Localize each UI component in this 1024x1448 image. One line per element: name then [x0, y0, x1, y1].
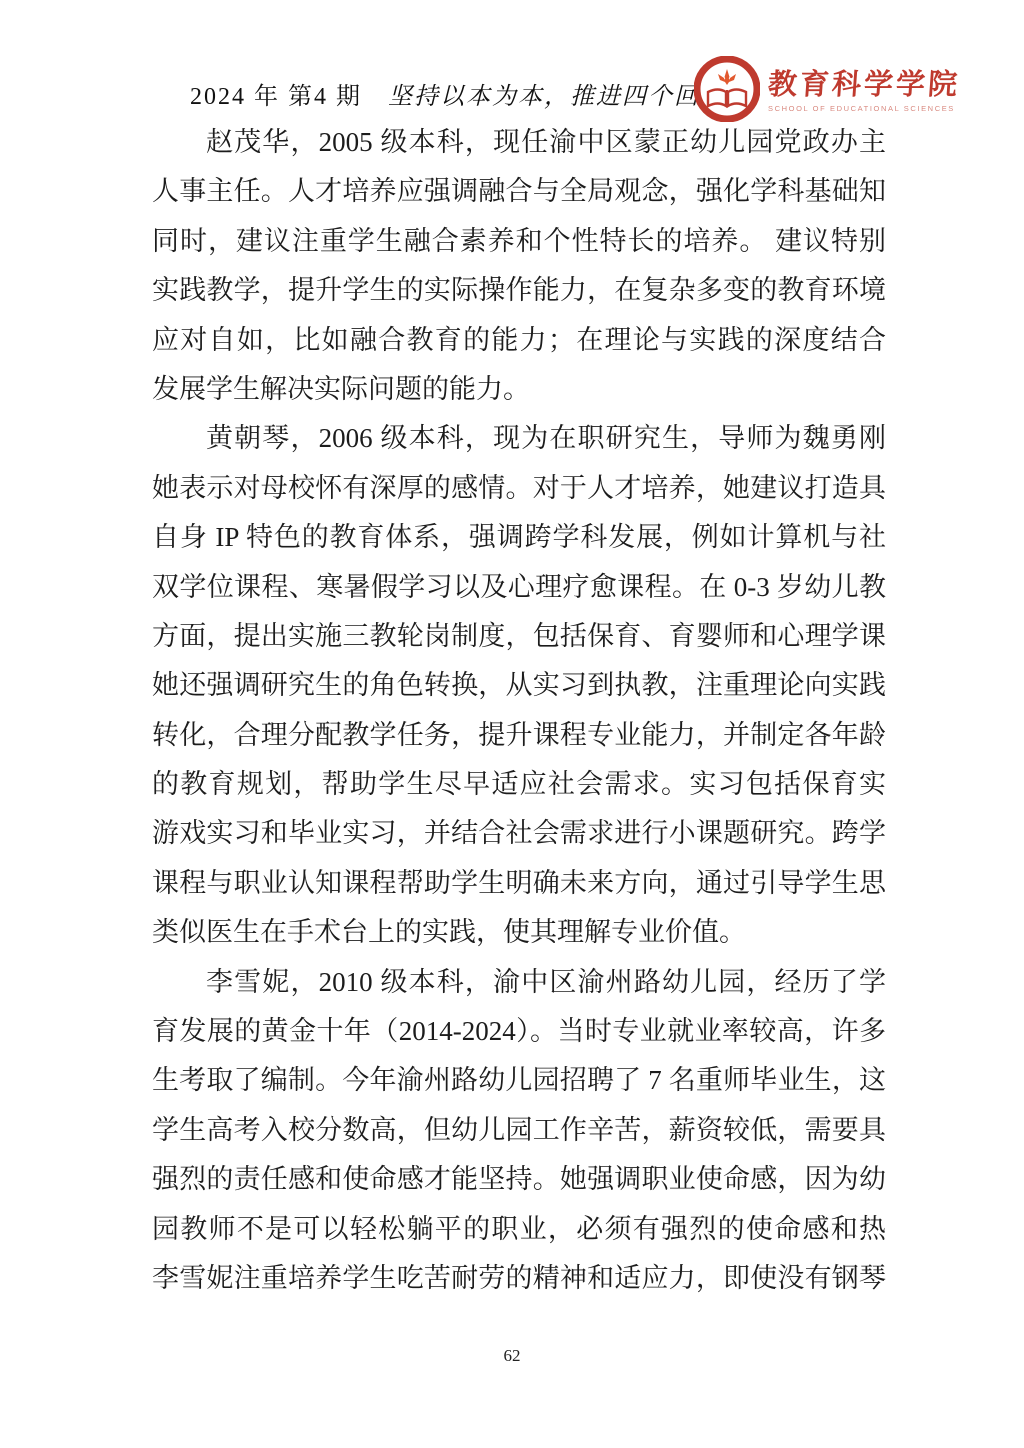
text-line: 学生高考入校分数高，但幼儿园工作辛苦，薪资较低，需要具备 [152, 1106, 886, 1155]
text-line: 转化，合理分配教学任务，提升课程专业能力，并制定各年龄段 [152, 711, 886, 760]
text-line: 强烈的责任感和使命感才能坚持。她强调职业使命感，因为幼儿 [152, 1155, 886, 1204]
page-number: 62 [504, 1346, 521, 1365]
header-motto: 坚持以本为本，推进四个回归 [388, 84, 726, 110]
text-line: 发展学生解决实际问题的能力。 [152, 365, 886, 414]
issue-info: 2024 年 第4 期 [190, 84, 362, 110]
text-line: 李雪妮注重培养学生吃苦耐劳的精神和适应力，即使没有钢琴基 [152, 1254, 886, 1303]
document-page: 2024 年 第4 期坚持以本为本，推进四个回归 [0, 0, 1024, 1448]
text-line: 双学位课程、寒暑假学习以及心理疗愈课程。在 0-3 岁幼儿教育 [152, 563, 886, 612]
document-body: 赵茂华，2005 级本科，现任渝中区蒙正幼儿园党政办主任和人事主任。人才培养应强… [152, 118, 886, 1303]
page-header: 2024 年 第4 期坚持以本为本，推进四个回归 [0, 0, 1024, 130]
text-line: 人事主任。人才培养应强调融合与全局观念，强化学科基础知识。 [152, 167, 886, 216]
text-line: 的教育规划，帮助学生尽早适应社会需求。实习包括保育实习、 [152, 760, 886, 809]
text-line: 育发展的黄金十年（2014-2024）。当时专业就业率较高，许多学 [152, 1007, 886, 1056]
text-line: 应对自如，比如融合教育的能力；在理论与实践的深度结合中， [152, 316, 886, 365]
school-emblem-icon [694, 56, 760, 127]
paragraph: 赵茂华，2005 级本科，现任渝中区蒙正幼儿园党政办主任和人事主任。人才培养应强… [152, 118, 886, 414]
text-line: 李雪妮，2010 级本科，渝中区渝州路幼儿园，经历了学前教 [152, 958, 886, 1007]
text-line: 类似医生在手术台上的实践，使其理解专业价值。 [152, 908, 886, 957]
text-line: 赵茂华，2005 级本科，现任渝中区蒙正幼儿园党政办主任和 [152, 118, 886, 167]
logo-text: 教育科学学院 SCHOOL OF EDUCATIONAL SCIENCES [768, 70, 960, 113]
paragraph: 黄朝琴，2006 级本科，现为在职研究生，导师为魏勇刚教授。她表示对母校怀有深厚… [152, 414, 886, 957]
text-line: 她还强调研究生的角色转换，从实习到执教，注重理论向实践的 [152, 661, 886, 710]
paragraph: 李雪妮，2010 级本科，渝中区渝州路幼儿园，经历了学前教育发展的黄金十年（20… [152, 958, 886, 1304]
school-name: 教育科学学院 [767, 70, 961, 102]
text-line: 黄朝琴，2006 级本科，现为在职研究生，导师为魏勇刚教授。 [152, 414, 886, 463]
text-line: 方面，提出实施三教轮岗制度，包括保育、育婴师和心理学课程。 [152, 612, 886, 661]
text-line: 自身 IP 特色的教育体系，强调跨学科发展，例如计算机与社会学 [152, 513, 886, 562]
header-text: 2024 年 第4 期坚持以本为本，推进四个回归 [190, 76, 726, 111]
text-line: 她表示对母校怀有深厚的感情。对于人才培养，她建议打造具有 [152, 464, 886, 513]
text-line: 实践教学，提升学生的实际操作能力，在复杂多变的教育环境中 [152, 266, 886, 315]
school-name-english: SCHOOL OF EDUCATIONAL SCIENCES [768, 104, 960, 113]
page-footer: 62 [0, 1346, 1024, 1366]
text-line: 课程与职业认知课程帮助学生明确未来方向，通过引导学生思想， [152, 859, 886, 908]
text-line: 生考取了编制。今年渝州路幼儿园招聘了 7 名重师毕业生，这些 [152, 1056, 886, 1105]
text-line: 游戏实习和毕业实习，并结合社会需求进行小课题研究。跨学科 [152, 809, 886, 858]
text-line: 同时，建议注重学生融合素养和个性特长的培养。 建议特别注重 [152, 217, 886, 266]
text-line: 园教师不是可以轻松躺平的职业，必须有强烈的使命感和热爱。 [152, 1205, 886, 1254]
school-logo: 教育科学学院 SCHOOL OF EDUCATIONAL SCIENCES [694, 56, 960, 127]
